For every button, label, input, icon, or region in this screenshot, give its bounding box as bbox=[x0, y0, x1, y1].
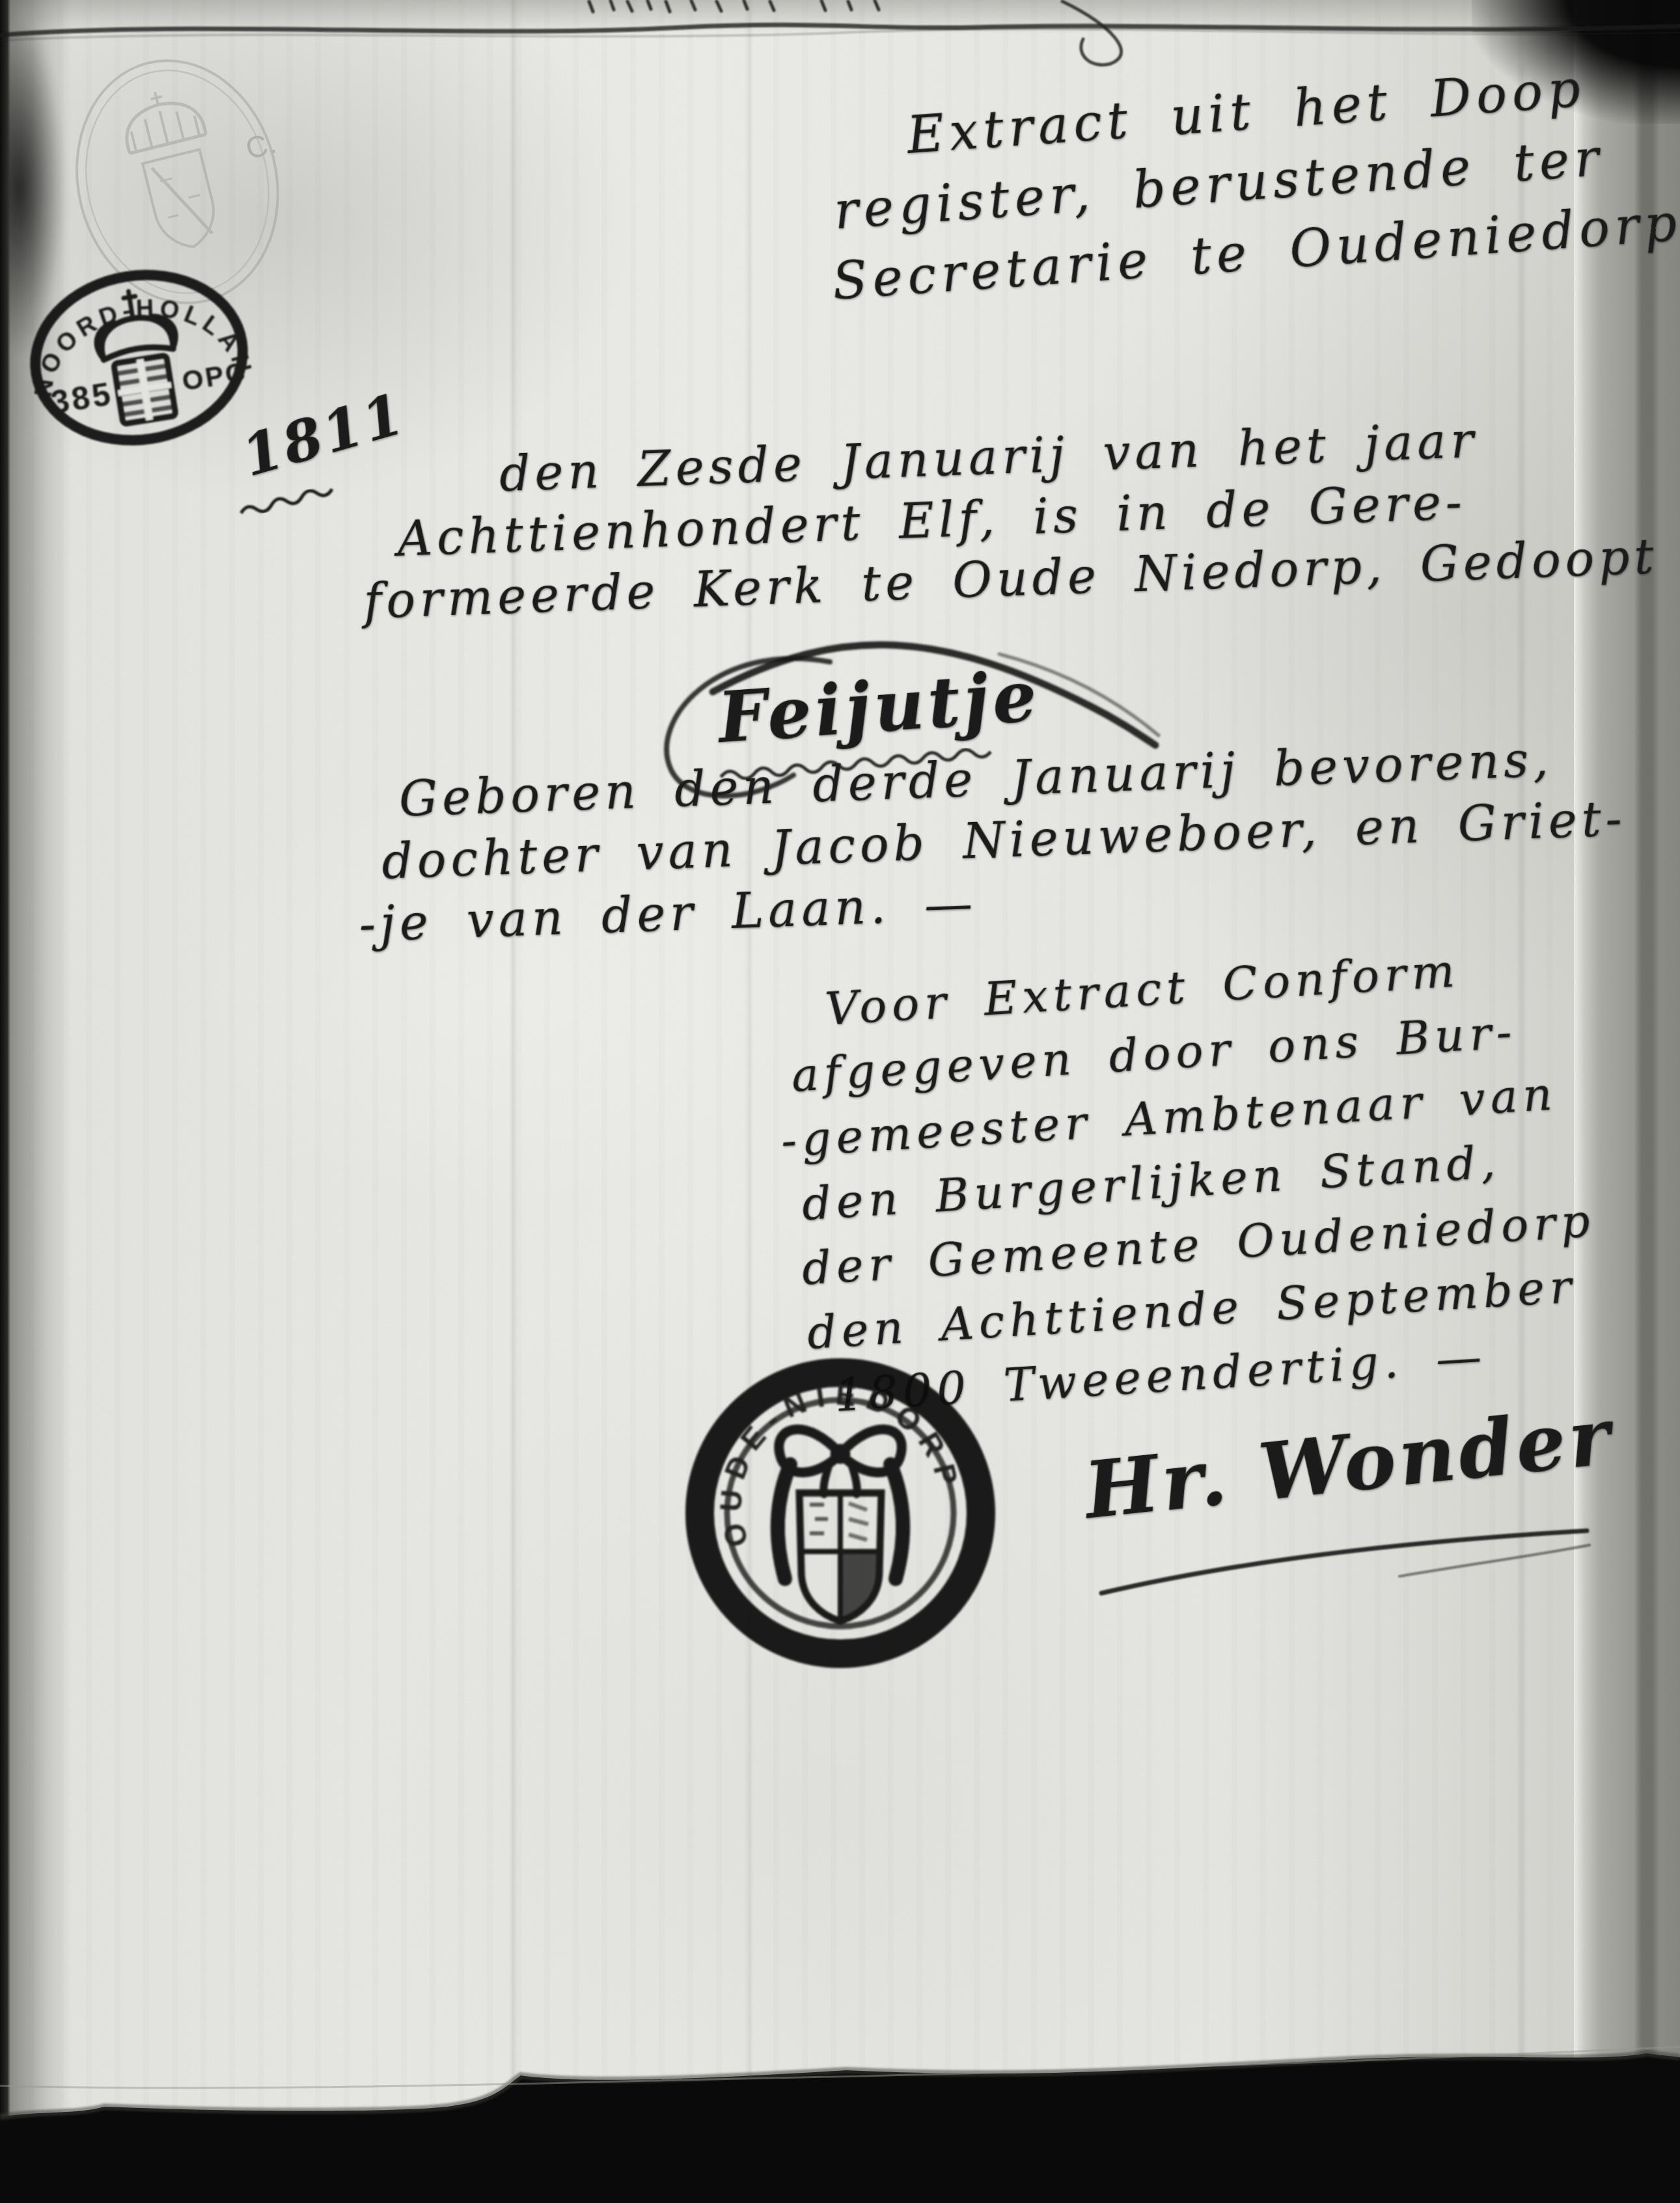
scanned-baptism-extract-page: C. NOORD-HOLLAND. 385 bbox=[0, 0, 1680, 2203]
body-paragraph-2: Geboren den derde Januarij bevorens, doc… bbox=[354, 726, 1630, 956]
right-page-edge-band bbox=[1574, 0, 1680, 2203]
vertical-fold-crease bbox=[749, 0, 751, 2203]
embossed-stamp-letter: C. bbox=[242, 126, 279, 166]
signature: Hr. Wonder bbox=[1081, 1390, 1618, 1537]
bottom-scan-edge bbox=[0, 2008, 1680, 2203]
document-header: Extract uit het Doop register, berustend… bbox=[827, 48, 1680, 317]
signature-flourish bbox=[1094, 1516, 1608, 1608]
body-paragraph-1: den Zesde Januarij van het jaar Achttien… bbox=[359, 404, 1659, 632]
oude-niedorp-seal: OUDE-NIEDORP bbox=[676, 1355, 1004, 1677]
vertical-fold-crease bbox=[512, 0, 515, 2203]
revenue-stamp-right-code: OPC bbox=[180, 356, 249, 396]
